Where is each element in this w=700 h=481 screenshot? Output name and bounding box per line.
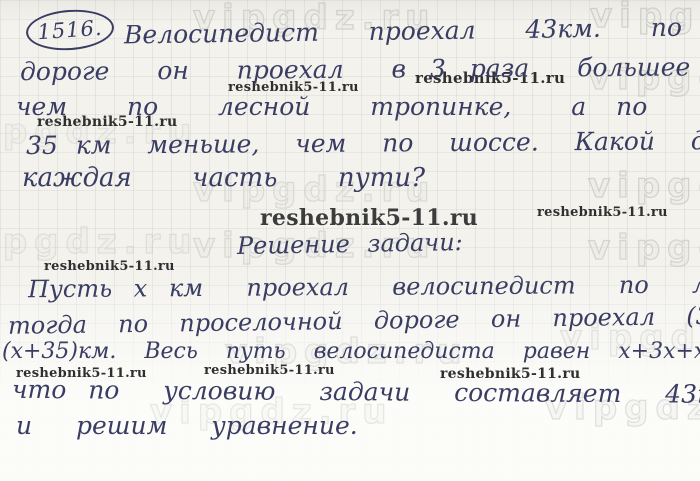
watermark-vipgdz: vipgdz.ru: [0, 222, 199, 262]
solution-heading: Решение задачи:: [237, 229, 463, 259]
problem-number-circle: 1516.: [25, 7, 116, 53]
watermark-vipgdz: vipgdz.ru: [588, 228, 700, 268]
notebook-page: vipgdz.ru vipgdz.ru vipgdz.ru vipgdz.ru …: [0, 0, 700, 481]
watermark-reshebnik: reshebnik5-11.ru: [537, 205, 668, 220]
watermark-reshebnik: reshebnik5-11.ru: [44, 259, 175, 274]
watermark-reshebnik-center: reshebnik5-11.ru: [260, 205, 478, 231]
watermark-vipgdz: vipgdz.ru: [588, 166, 700, 206]
problem-line: 35 км меньше, чем по шоссе. Какой длины …: [26, 126, 700, 159]
problem-line: дороге он проехал в 3 раза большее расст…: [20, 52, 700, 86]
solution-line: (x+35)км. Весь путь велосипедиста равен …: [2, 340, 700, 364]
problem-number: 1516.: [37, 16, 104, 44]
solution-line: Пусть x км проехал велосипедист по лесно…: [28, 270, 700, 303]
solution-line: и решим уравнение.: [16, 412, 358, 440]
problem-line: чем по лесной тропинке, а по тропинке на: [16, 93, 700, 121]
solution-line: что по условию задачи составляет 43км. С…: [12, 376, 700, 410]
problem-line: каждая часть пути?: [22, 164, 425, 193]
